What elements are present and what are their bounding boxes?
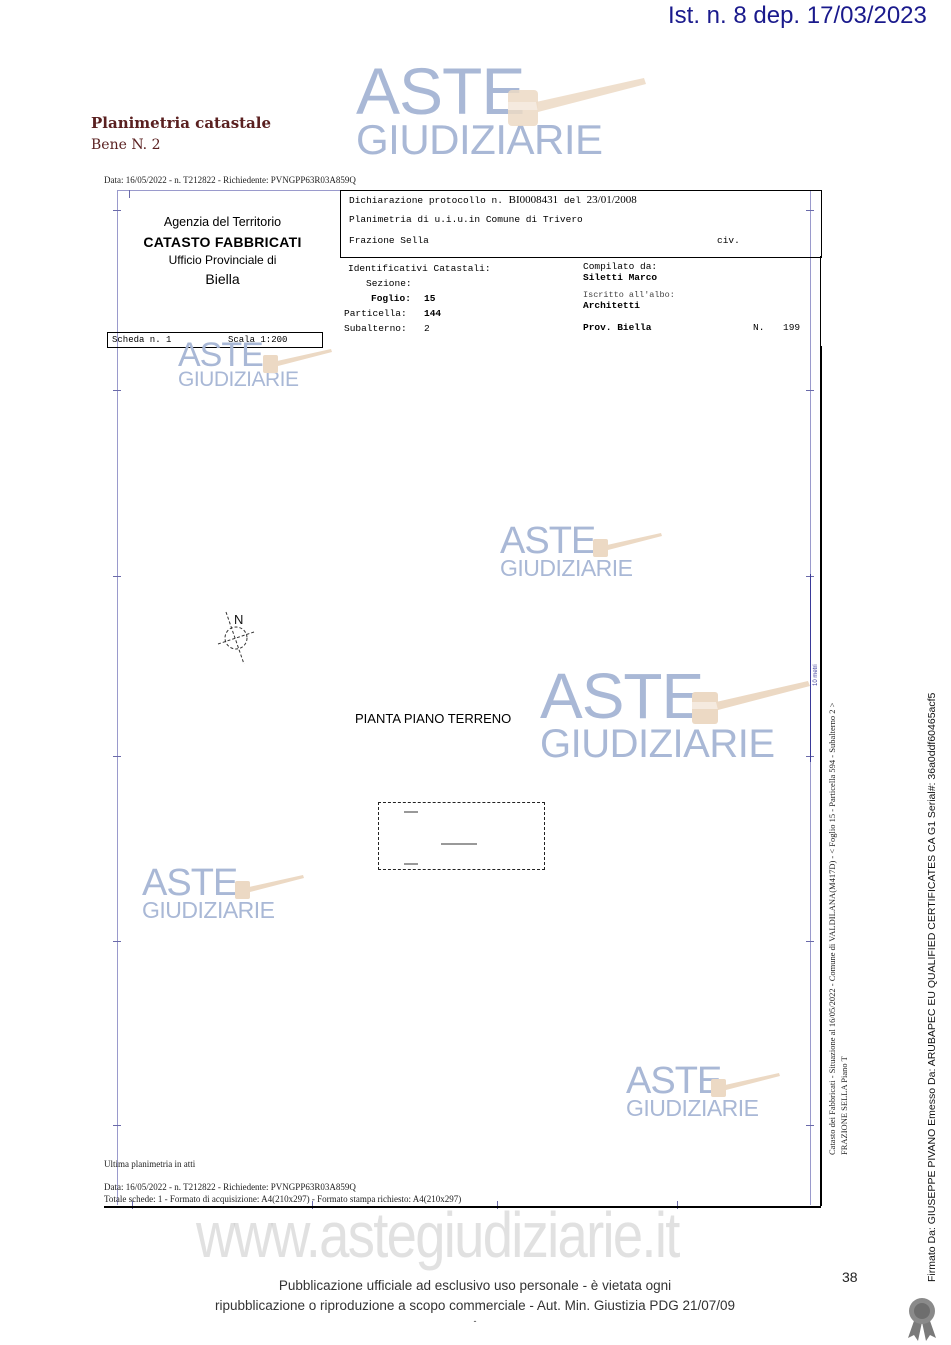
section-title: Planimetria catastale [91,114,271,132]
agency-block: Agenzia del Territorio CATASTO FABBRICAT… [125,215,320,287]
sheet-right-border [820,346,822,1206]
compiler-name: Siletti Marco [583,272,657,283]
subalterno-value: 2 [424,323,430,334]
foglio-value: 15 [424,293,435,304]
north-arrow-icon: N [214,606,258,668]
identifiers-box: Identificativi Catastali: Sezione: Fogli… [340,256,821,348]
digital-signature-text: Firmato Da: GIUSEPPE PIVANO Emesso Da: A… [926,693,938,1282]
site-watermark: www.astegiudiziarie.it [196,1198,679,1272]
floor-plan-outline [378,802,545,870]
province: Prov. Biella [583,322,651,333]
albo-value: Architetti [583,300,640,311]
declaration-box: Dichiarazione protocollo n. BI0008431 de… [340,190,822,258]
registry-name: CATASTO FABBRICATI [125,234,320,250]
identifiers-heading: Identificativi Catastali: [348,263,491,274]
svg-text:N: N [234,612,243,627]
albo-label: Iscritto all'albo: [583,290,675,300]
sheet-scale-box: Scheda n. 1 Scala 1:200 [107,332,323,348]
certificate-ribbon-icon [905,1296,939,1342]
watermark-logo-top: ASTE GIUDIZIARIE [356,62,603,159]
registration-n-label: N. [753,322,764,333]
sheet-scale: Scala 1:200 [228,333,287,347]
section-subtitle: Bene N. 2 [91,137,161,153]
protocol-line: Dichiarazione protocollo n. BI0008431 de… [349,194,637,206]
floor-plan-title: PIANTA PIANO TERRENO [355,711,511,726]
civic-label: civ. [717,235,740,246]
compiler-heading: Compilato da: [583,261,657,272]
cadastral-side-caption: Catasto dei Fabbricati - Situazione al 1… [826,703,850,1155]
agency-name: Agenzia del Territorio [125,215,320,229]
office-city: Biella [125,271,320,287]
particella-label: Particella: [344,308,407,319]
last-plan-note: Ultima planimetria in atti [104,1160,461,1169]
scale-bar [810,574,811,762]
request-metadata: Data: 16/05/2022 - n. T212822 - Richiede… [104,175,356,185]
deposit-stamp: Ist. n. 8 dep. 17/03/2023 [668,2,927,30]
scale-bar-label: 10 metri [813,664,819,686]
sezione-label: Sezione: [366,278,412,289]
subalterno-label: Subalterno: [344,323,407,334]
gavel-icon [506,72,646,132]
particella-value: 144 [424,308,441,319]
request-metadata-bottom: Data: 16/05/2022 - n. T212822 - Richiede… [104,1183,461,1192]
planimetria-line: Planimetria di u.i.u.in Comune di Triver… [349,214,583,225]
frazione-line: Frazione Sella [349,235,429,246]
office-label: Ufficio Provinciale di [125,253,320,267]
publication-footer: Pubblicazione ufficiale ad esclusivo uso… [190,1276,760,1326]
foglio-label: Foglio: [371,293,411,304]
registration-n-value: 199 [783,322,800,333]
page-number: 38 [842,1269,858,1285]
sheet-number: Scheda n. 1 [112,333,171,347]
